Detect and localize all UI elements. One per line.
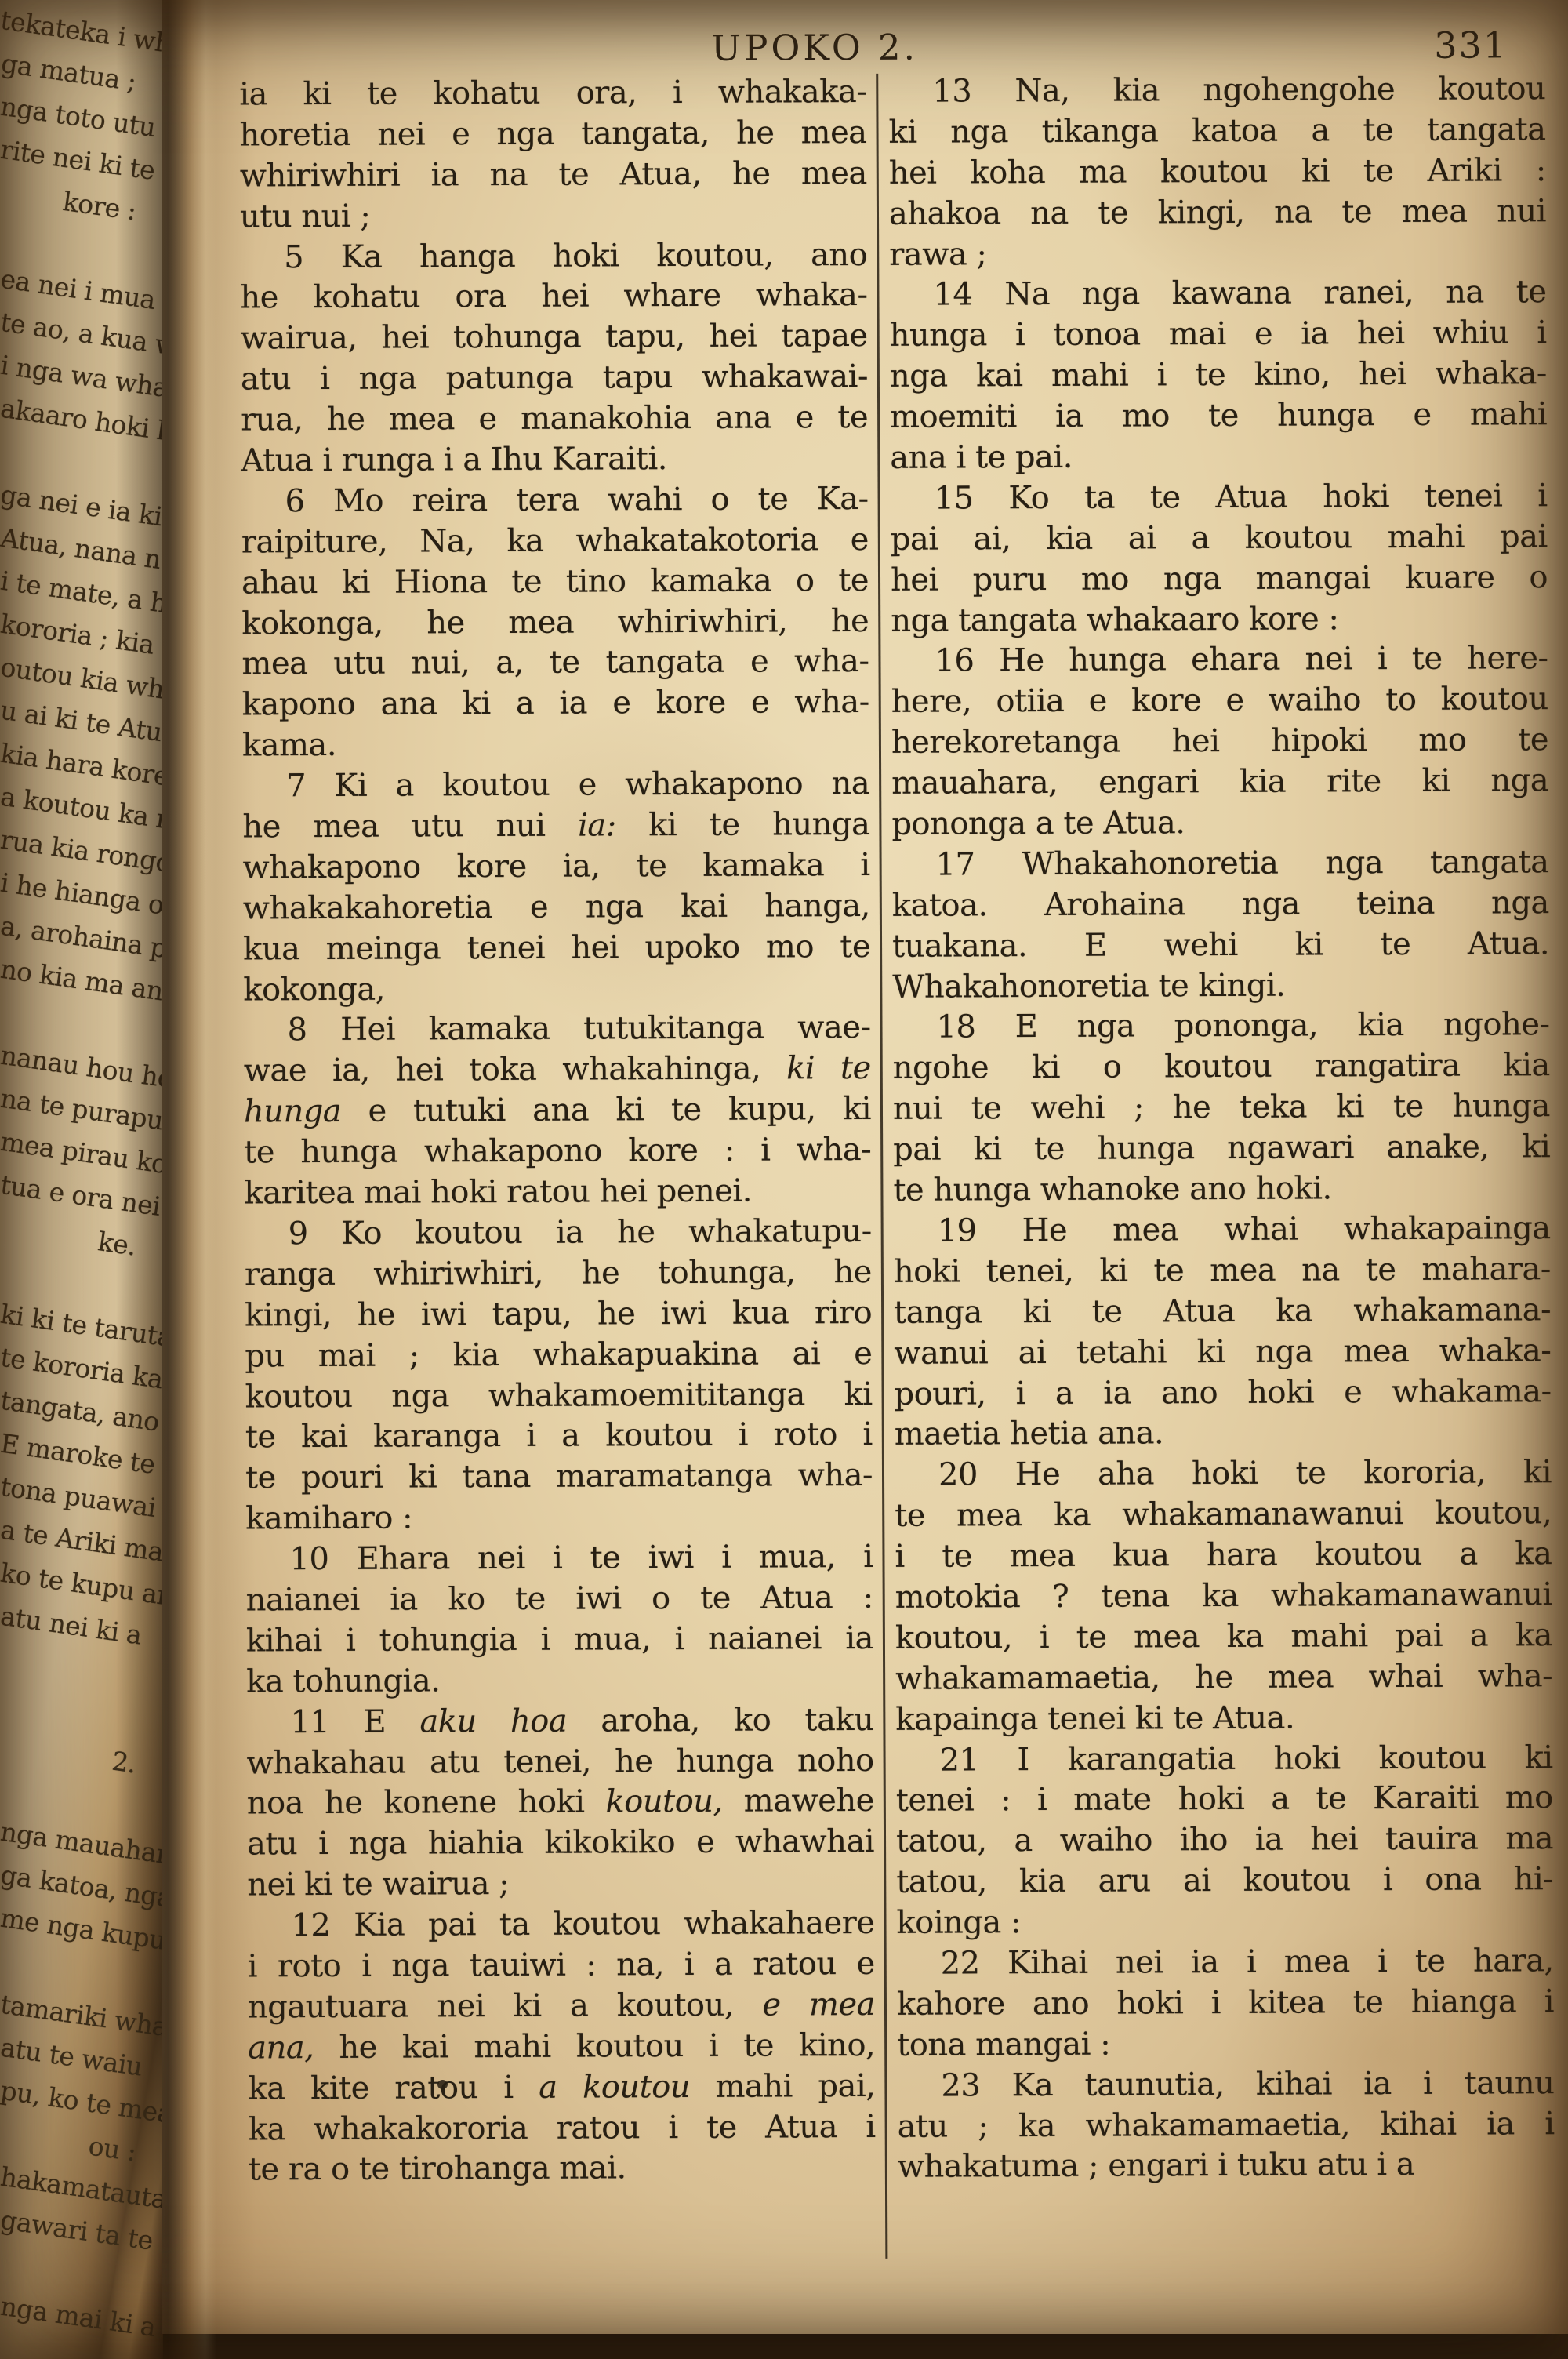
text-line: nga tangata whakaaro kore : xyxy=(891,598,1548,642)
text-line: hei puru mo nga mangai kuare o xyxy=(891,558,1548,602)
text-line: kapono ana ki a ia e kore e wha- xyxy=(242,682,869,725)
text-line: 14 Na nga kawana ranei, na te xyxy=(889,273,1546,317)
text-line: ka kite ratou i a koutou mahi pai, xyxy=(248,2066,875,2110)
text-line: ka whakakororia ratou i te Atua i xyxy=(249,2106,876,2150)
text-line: kokonga, he mea whiriwhiri, he xyxy=(241,602,869,645)
text-line: tuakana. E wehi ki te Atua. xyxy=(892,924,1549,968)
text-line: raipiture, Na, ka whakatakotoria e xyxy=(241,520,869,563)
text-line: ngohe ki o koutou rangatira kia xyxy=(893,1046,1550,1090)
text-line: motokia ? tena ka whakamanawanui xyxy=(895,1575,1552,1619)
text-line: 12 Kia pai ta koutou whakahaere xyxy=(247,1903,874,1946)
text-line: whakakahoretia e nga kai hanga, xyxy=(243,886,870,929)
text-line: ana i te pai. xyxy=(890,435,1547,479)
text-line: ia ki te kohatu ora, i whakaka- xyxy=(239,72,866,115)
text-line: 13 Na, kia ngohengohe koutou xyxy=(888,69,1545,113)
text-line: te pouri ki tana maramatanga wha- xyxy=(245,1456,873,1499)
text-line: hei koha ma koutou ki te Ariki : xyxy=(889,151,1546,194)
text-line: hunga e tutuki ana ki te kupu, ki xyxy=(244,1089,871,1132)
text-line: ana, he kai mahi koutou i te kino, xyxy=(248,2026,875,2069)
text-line: 8 Hei kamaka tutukitanga wae- xyxy=(243,1008,870,1051)
page-number: 331 xyxy=(1434,24,1508,66)
text-line: te hunga whanoke ano hoki. xyxy=(893,1168,1550,1212)
text-line: whakamamaetia, he mea whai wha- xyxy=(895,1656,1552,1700)
text-line: maetia hetia ana. xyxy=(895,1412,1552,1456)
page-paper: UPOKO 2. 331 ia ki te kohatu ora, i whak… xyxy=(162,0,1568,2334)
text-line: koutou, i te mea ka mahi pai a ka xyxy=(895,1616,1552,1659)
text-line: i te mea kua hara koutou a ka xyxy=(895,1534,1552,1578)
text-line: 7 Ki a koutou e whakapono na xyxy=(242,764,869,807)
text-line: kua meinga tenei hei upoko mo te xyxy=(243,927,870,970)
text-line: utu nui ; xyxy=(240,194,867,238)
text-line: moemiti ia mo te hunga e mahi xyxy=(890,394,1547,438)
text-line: te kai karanga i a koutou i roto i xyxy=(245,1415,873,1458)
text-line: 10 Ehara nei i te iwi i mua, i xyxy=(245,1537,873,1580)
text-line: noa he konene hoki koutou, mawehe xyxy=(247,1781,874,1824)
text-line: tatou, a waiho iho ia hei tauira ma xyxy=(896,1819,1553,1863)
text-line: pu mai ; kia whakapuakina ai e xyxy=(245,1334,872,1377)
text-line: rua, he mea e manakohia ana e te xyxy=(241,398,868,441)
text-line: te hunga whakapono kore : i wha- xyxy=(244,1130,871,1173)
text-line: katoa. Arohaina nga teina nga xyxy=(892,883,1549,927)
text-line: 18 E nga pononga, kia ngohe- xyxy=(892,1005,1549,1049)
text-line: pononga a te Atua. xyxy=(891,801,1548,845)
text-line: 5 Ka hanga hoki koutou, ano xyxy=(240,235,867,278)
text-line: te mea ka whakamanawanui koutou, xyxy=(895,1493,1552,1537)
text-line: 6 Mo reira tera wahi o te Ka- xyxy=(241,479,868,522)
text-line: wanui ai tetahi ki nga mea whaka- xyxy=(894,1331,1551,1375)
text-line: atu ; ka whakamamaetia, kihai ia i xyxy=(898,2104,1555,2148)
text-line: nga kai mahi i te kino, hei whaka- xyxy=(890,354,1547,398)
text-line: ranga whiriwhiri, he tohunga, he xyxy=(245,1252,872,1296)
facing-page-text-fragments: tekateka i whakaga matua ;nga toto utu n… xyxy=(0,9,163,2339)
text-line: 11 E aku hoa aroha, ko taku xyxy=(246,1700,873,1743)
text-line: pouri, i a ia ano hoki e whakama- xyxy=(894,1372,1551,1416)
text-line: kapainga tenei ki te Atua. xyxy=(895,1697,1552,1741)
text-line: koutou nga whakamoemititanga ki xyxy=(245,1374,872,1417)
text-line: tenei : i mate hoki a te Karaiti mo xyxy=(896,1779,1553,1823)
book-page-photo: tekateka i whakaga matua ;nga toto utu n… xyxy=(0,0,1568,2359)
text-line: ahakoa na te kingi, na te mea nui xyxy=(889,191,1546,235)
text-line: tanga ki te Atua ka whakamana- xyxy=(894,1290,1551,1334)
text-line: ka tohungia. xyxy=(246,1659,873,1703)
text-line: i roto i nga tauiwi : na, i a ratou e xyxy=(248,1944,875,1987)
text-line: mauahara, engari kia rite ki nga xyxy=(891,761,1548,805)
text-line: tona mangai : xyxy=(897,2023,1554,2066)
page-content: UPOKO 2. 331 ia ki te kohatu ora, i whak… xyxy=(158,0,1568,2337)
text-line: kingi, he iwi tapu, he iwi kua riro xyxy=(245,1293,872,1336)
text-line: 23 Ka taunutia, kihai ia i taunu xyxy=(897,2063,1554,2107)
text-line: nui te wehi ; he teka ki te hunga xyxy=(893,1086,1550,1130)
text-line: koinga : xyxy=(896,1900,1553,1944)
text-line: whakatuma ; engari i tuku atu i a xyxy=(898,2145,1555,2189)
text-line: whakahau atu tenei, he hunga noho xyxy=(246,1740,873,1783)
text-line: he kohatu ora hei whare whaka- xyxy=(240,275,867,318)
text-line: kokonga, xyxy=(243,968,870,1011)
text-line: Whakahonoretia te kingi. xyxy=(892,965,1549,1009)
text-line: atu i nga patunga tapu whakawai- xyxy=(241,357,868,400)
column-divider-rule xyxy=(876,74,887,2259)
text-line: 17 Whakahonoretia nga tangata xyxy=(892,842,1549,886)
text-line: kamiharo : xyxy=(245,1496,873,1539)
text-line: herekoretanga hei hipoki mo te xyxy=(891,720,1548,764)
text-line: 9 Ko koutou ia he whakatupu- xyxy=(245,1212,872,1255)
text-line: karitea mai hoki ratou hei penei. xyxy=(244,1171,871,1214)
text-line: 19 He mea whai whakapainga xyxy=(894,1209,1551,1252)
text-line: here, otiia e kore e waiho to koutou xyxy=(891,680,1548,724)
text-line: pai ai, kia ai a koutou mahi pai xyxy=(891,517,1548,561)
text-line: hunga i tonoa mai e ia hei whiu i xyxy=(890,314,1547,358)
text-line: kama. xyxy=(242,723,869,766)
text-line: 15 Ko ta te Atua hoki tenei i xyxy=(890,476,1547,520)
facing-page-gutter: tekateka i whakaga matua ;nga toto utu n… xyxy=(0,0,163,2359)
text-line: wae ia, hei toka whakahinga, ki te xyxy=(244,1049,871,1092)
text-line: wairua, hei tohunga tapu, hei tapae xyxy=(241,316,868,359)
text-line: te ra o te tirohanga mai. xyxy=(249,2147,876,2190)
text-line: 16 He hunga ehara nei i te here- xyxy=(891,639,1548,683)
text-line: rawa ; xyxy=(889,232,1546,276)
text-line: naianei ia ko te iwi o te Atua : xyxy=(246,1578,873,1621)
text-line: kahore ano hoki i kitea te hianga i xyxy=(897,1982,1554,2026)
text-line: nei ki te wairua ; xyxy=(247,1863,874,1906)
text-line: he mea utu nui ia: ki te hunga xyxy=(242,805,869,848)
text-line: pai ki te hunga ngawari anake, ki xyxy=(893,1127,1550,1171)
right-text-column: 13 Na, kia ngohengohe koutouki nga tikan… xyxy=(888,69,1555,2188)
text-line: horetia nei e nga tangata, he mea xyxy=(239,113,866,156)
text-line: tatou, kia aru ai koutou i ona hi- xyxy=(896,1859,1553,1903)
text-line: 21 I karangatia hoki koutou ki xyxy=(895,1738,1552,1782)
text-line: ki nga tikanga katoa a te tangata xyxy=(888,110,1545,154)
text-line: ahau ki Hiona te tino kamaka o te xyxy=(241,561,869,604)
text-line: mea utu nui, a, te tangata e wha- xyxy=(241,642,869,685)
text-line: ngautuara nei ki a koutou, e mea xyxy=(248,1985,875,2028)
left-text-column: ia ki te kohatu ora, i whakaka-horetia n… xyxy=(239,72,876,2191)
text-line: hoki tenei, ki te mea na te mahara- xyxy=(894,1249,1551,1293)
text-line: kihai i tohungia i mua, i naianei ia xyxy=(246,1619,873,1662)
text-line: atu i nga hiahia kikokiko e whawhai xyxy=(247,1822,874,1865)
text-line: 20 He aha hoki te kororia, ki xyxy=(895,1452,1552,1496)
text-line: 22 Kihai nei ia i mea i te hara, xyxy=(897,1941,1554,1985)
chapter-heading: UPOKO 2. xyxy=(158,24,1472,71)
text-line: whakapono kore ia, te kamaka i xyxy=(243,845,870,889)
text-line: Atua i runga i a Ihu Karaiti. xyxy=(241,438,868,482)
text-line: whiriwhiri ia na te Atua, he mea xyxy=(240,154,867,197)
